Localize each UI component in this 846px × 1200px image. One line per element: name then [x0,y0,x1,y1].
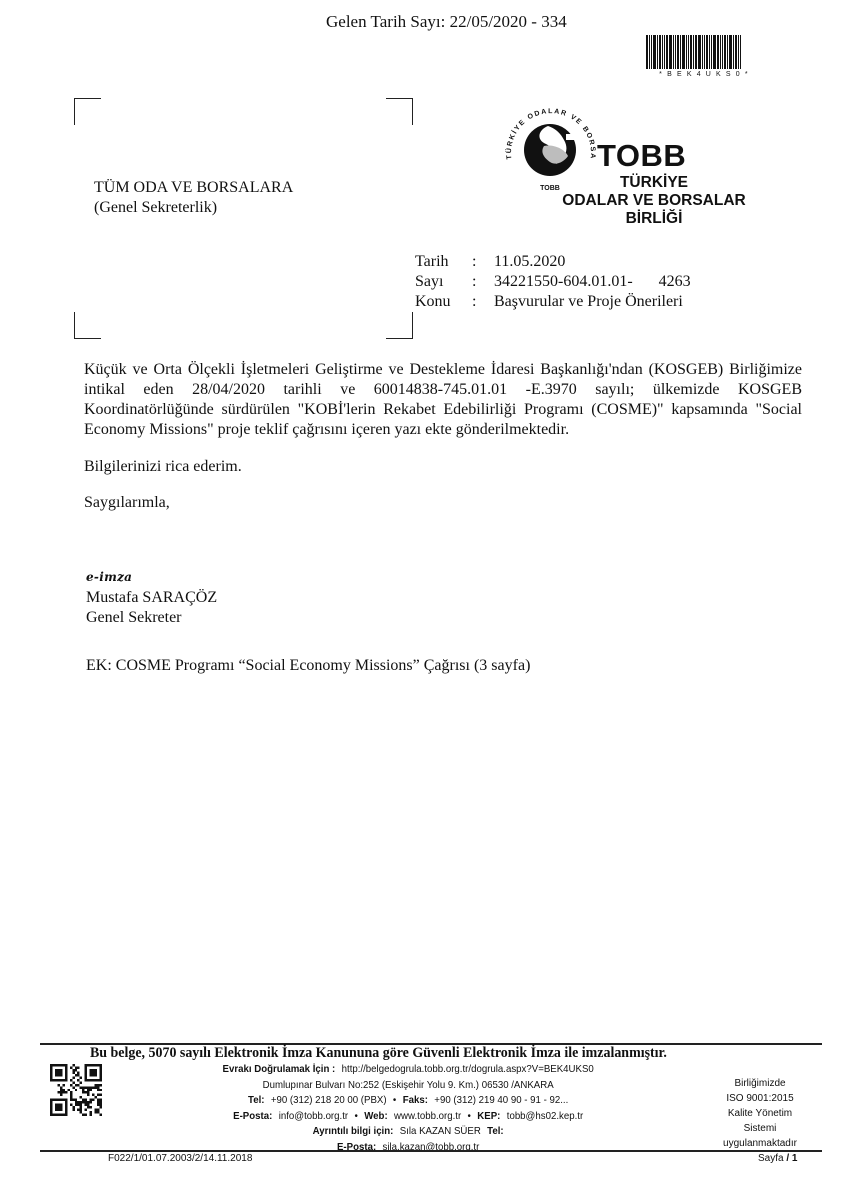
logo-title: TOBB [597,138,686,174]
verify-label: Evrakı Doğrulamak İçin : [223,1063,336,1075]
body-paragraph: Küçük ve Orta Ölçekli İşletmeleri Gelişt… [84,360,802,440]
attachment-note: EK: COSME Programı “Social Economy Missi… [86,657,530,675]
barcode-icon [646,35,766,69]
subject-label: Konu [415,292,472,312]
page-value: / 1 [786,1153,797,1164]
fax-label: Faks: [403,1094,428,1106]
closing-regards: Saygılarımla, [84,494,170,512]
bullet-icon: • [468,1110,471,1122]
email-label: E-Posta: [233,1110,272,1122]
subject-value: Başvurular ve Proje Önerileri [494,292,683,312]
verify-row: Evrakı Doğrulamak İçin : http://belgedog… [198,1062,621,1078]
signer-name: Mustafa SARAÇÖZ [86,588,217,608]
iso-certification-note: Birliğimizde ISO 9001:2015 Kalite Yöneti… [700,1076,820,1151]
closing-request: Bilgilerinizi rica ederim. [84,458,242,476]
contact-person-row: Ayrıntılı bilgi için: Sıla KAZAN SÜER Te… [198,1124,621,1140]
date-value: 11.05.2020 [494,252,565,272]
email-link[interactable]: info@tobb.org.tr [279,1110,348,1122]
address-window-corner-top-left [74,98,101,125]
barcode: *BEK4UKS0* [646,35,766,85]
recipient-name: TÜM ODA VE BORSALARA [94,178,293,198]
address: Dumlupınar Bulvarı No:252 (Eskişehir Yol… [263,1079,554,1091]
document-meta: Tarih : 11.05.2020 Sayı : 34221550-604.0… [415,252,691,312]
number-value: 34221550-604.01.01- [494,272,633,292]
e-signature-legal-notice: Bu belge, 5070 sayılı Elektronik İmza Ka… [90,1045,667,1062]
e-signature-mark: e-imza [86,570,132,584]
contact-block: Evrakı Doğrulamak İçin : http://belgedog… [180,1062,640,1155]
address-window-corner-bottom-left [74,312,101,339]
separator: : [472,252,494,272]
kep-link[interactable]: tobb@hs02.kep.tr [507,1110,583,1122]
phone-row: Tel: +90 (312) 218 20 00 (PBX) • Faks: +… [198,1093,621,1109]
tel-value: +90 (312) 218 20 00 (PBX) [271,1094,387,1106]
form-code: F022/1/01.07.2003/2/14.11.2018 [108,1153,252,1164]
logo-subtitle-line: BİRLİĞİ [548,210,760,228]
fax-value: +90 (312) 219 40 90 - 91 - 92... [434,1094,568,1106]
iso-line: Kalite Yönetim [700,1106,820,1121]
iso-line: uygulanmaktadır [700,1136,820,1151]
logo-subtitle-line: ODALAR VE BORSALAR [548,192,760,210]
verify-link[interactable]: http://belgedogrula.tobb.org.tr/dogrula.… [342,1063,594,1075]
logo-subtitle: TÜRKİYE ODALAR VE BORSALAR BİRLİĞİ [548,174,760,228]
contact-tel-label: Tel: [487,1125,503,1137]
signer-block: Mustafa SARAÇÖZ Genel Sekreter [86,588,217,628]
online-row: E-Posta: info@tobb.org.tr • Web: www.tob… [198,1109,621,1125]
separator: : [472,292,494,312]
logo-subtitle-line: TÜRKİYE [548,174,760,192]
iso-line: ISO 9001:2015 [700,1091,820,1106]
number-label: Sayı [415,272,472,292]
meta-subject-row: Konu : Başvurular ve Proje Önerileri [415,292,691,312]
bullet-icon: • [393,1094,396,1106]
signer-title: Genel Sekreter [86,608,217,628]
web-label: Web: [364,1110,387,1122]
contact-email-row: E-Posta: sila.kazan@tobb.org.tr [198,1140,621,1156]
meta-date-row: Tarih : 11.05.2020 [415,252,691,272]
iso-line: Birliğimizde [700,1076,820,1091]
address-window-corner-bottom-right [386,312,413,339]
recipient-block: TÜM ODA VE BORSALARA (Genel Sekreterlik) [94,178,293,218]
barcode-text: *BEK4UKS0* [646,71,766,78]
page-label: Sayfa [758,1153,784,1164]
footer-divider-bottom [40,1150,822,1152]
bullet-icon: • [354,1110,357,1122]
qr-code-icon [50,1064,102,1116]
address-row: Dumlupınar Bulvarı No:252 (Eskişehir Yol… [198,1078,621,1094]
page-number: Sayfa / 1 [758,1153,797,1164]
recipient-department: (Genel Sekreterlik) [94,198,293,218]
meta-number-row: Sayı : 34221550-604.01.01- 4263 [415,272,691,292]
address-window-corner-top-right [386,98,413,125]
kep-label: KEP: [477,1110,500,1122]
iso-line: Sistemi [700,1121,820,1136]
info-label: Ayrıntılı bilgi için: [313,1125,394,1137]
date-label: Tarih [415,252,472,272]
tel-label: Tel: [248,1094,264,1106]
separator: : [472,272,494,292]
number-suffix: 4263 [659,272,691,292]
incoming-date-stamp: Gelen Tarih Sayı: 22/05/2020 - 334 [326,12,567,32]
contact-person-name: Sıla KAZAN SÜER [400,1125,481,1137]
web-link[interactable]: www.tobb.org.tr [394,1110,461,1122]
